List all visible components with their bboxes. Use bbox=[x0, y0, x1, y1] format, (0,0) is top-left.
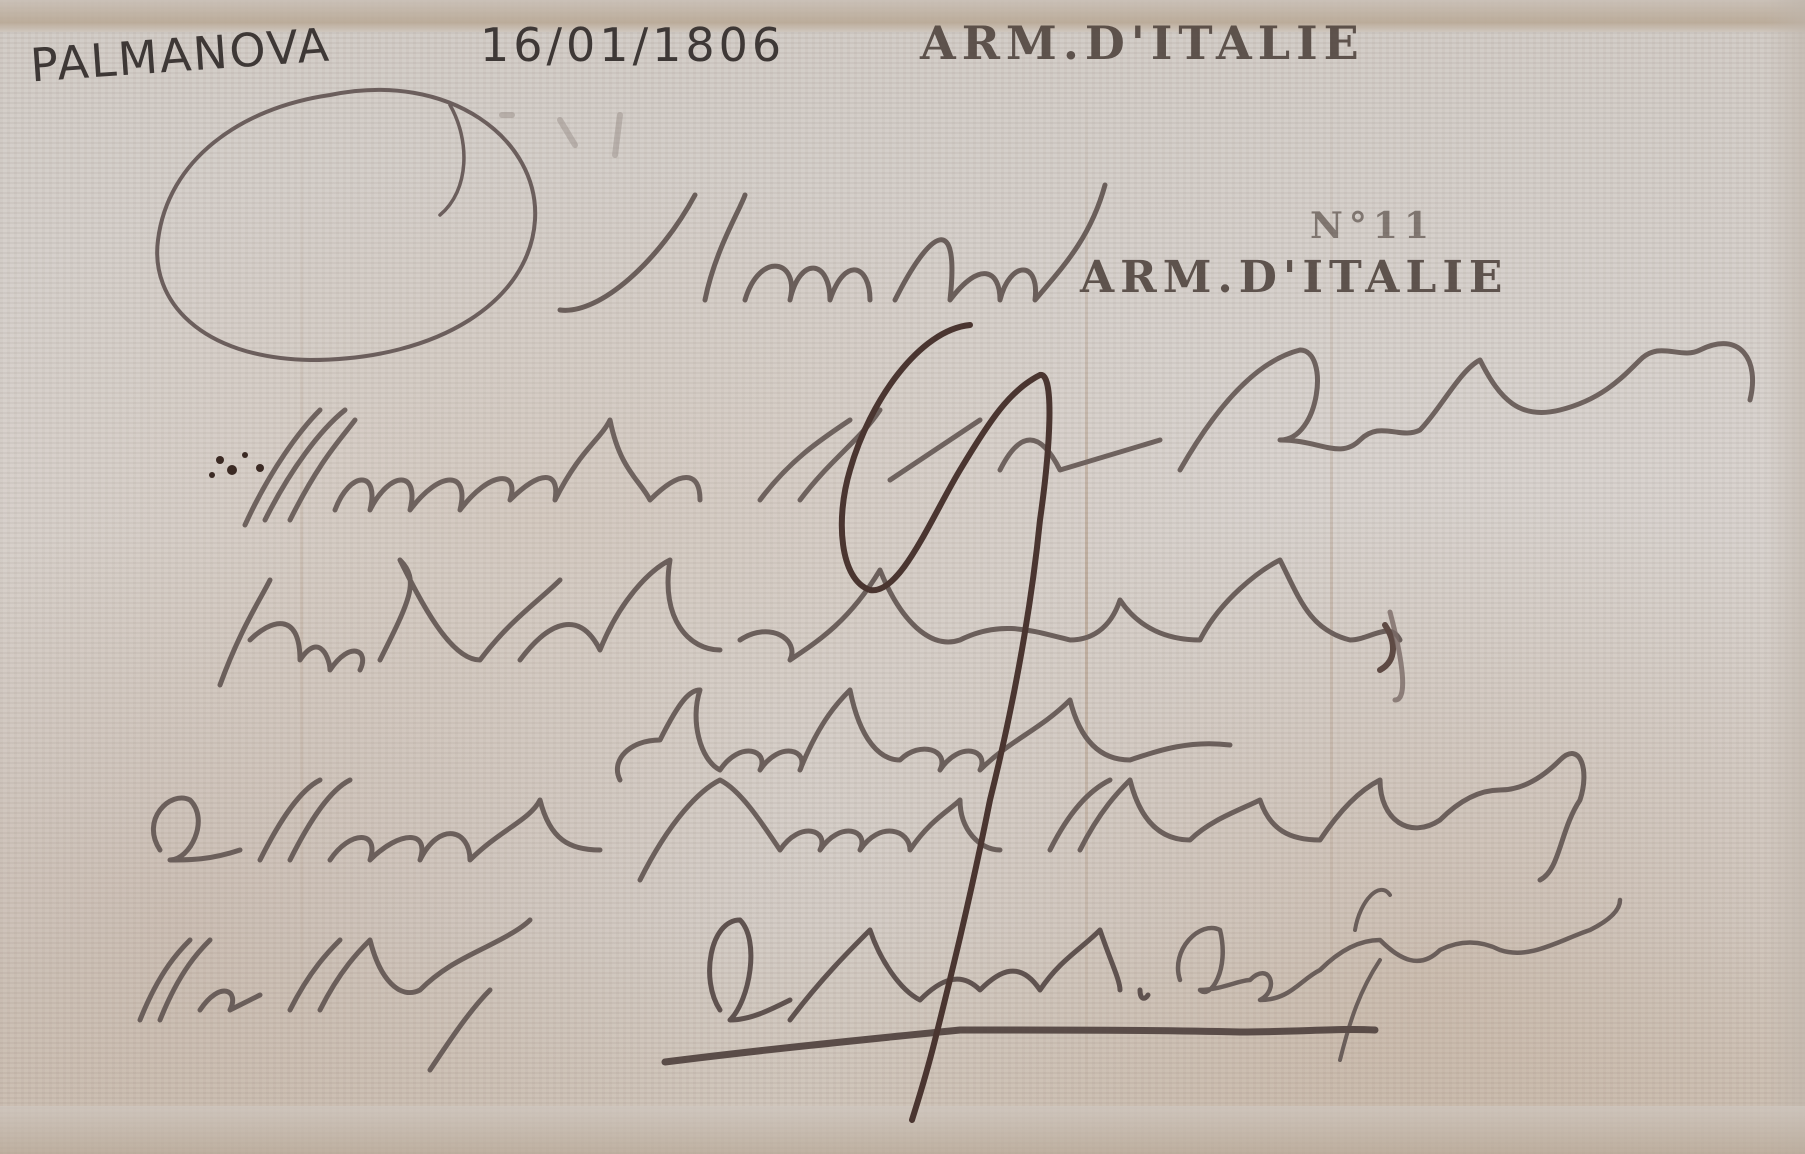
address-line-1: Monsieur Philippe Bourlier bbox=[240, 400, 1342, 493]
address-line-2: Rue de Vesle à Rheims bbox=[220, 570, 1048, 654]
oval-mark bbox=[157, 90, 535, 360]
address-line-4: à Monsieur François Marquet neuf bbox=[150, 780, 1426, 864]
letter-cover: PALMANOVA 16/01/1806 ARM.D'ITALIE N°11 A… bbox=[0, 0, 1805, 1154]
address-salutation: Monsieur bbox=[560, 200, 945, 293]
address-line-3: Pour remettre bbox=[620, 690, 1049, 760]
address-line-5: Mont-Neuf à Rheims. Dep. de la Marne bbox=[140, 930, 1454, 1007]
address-underline bbox=[665, 1029, 1375, 1062]
